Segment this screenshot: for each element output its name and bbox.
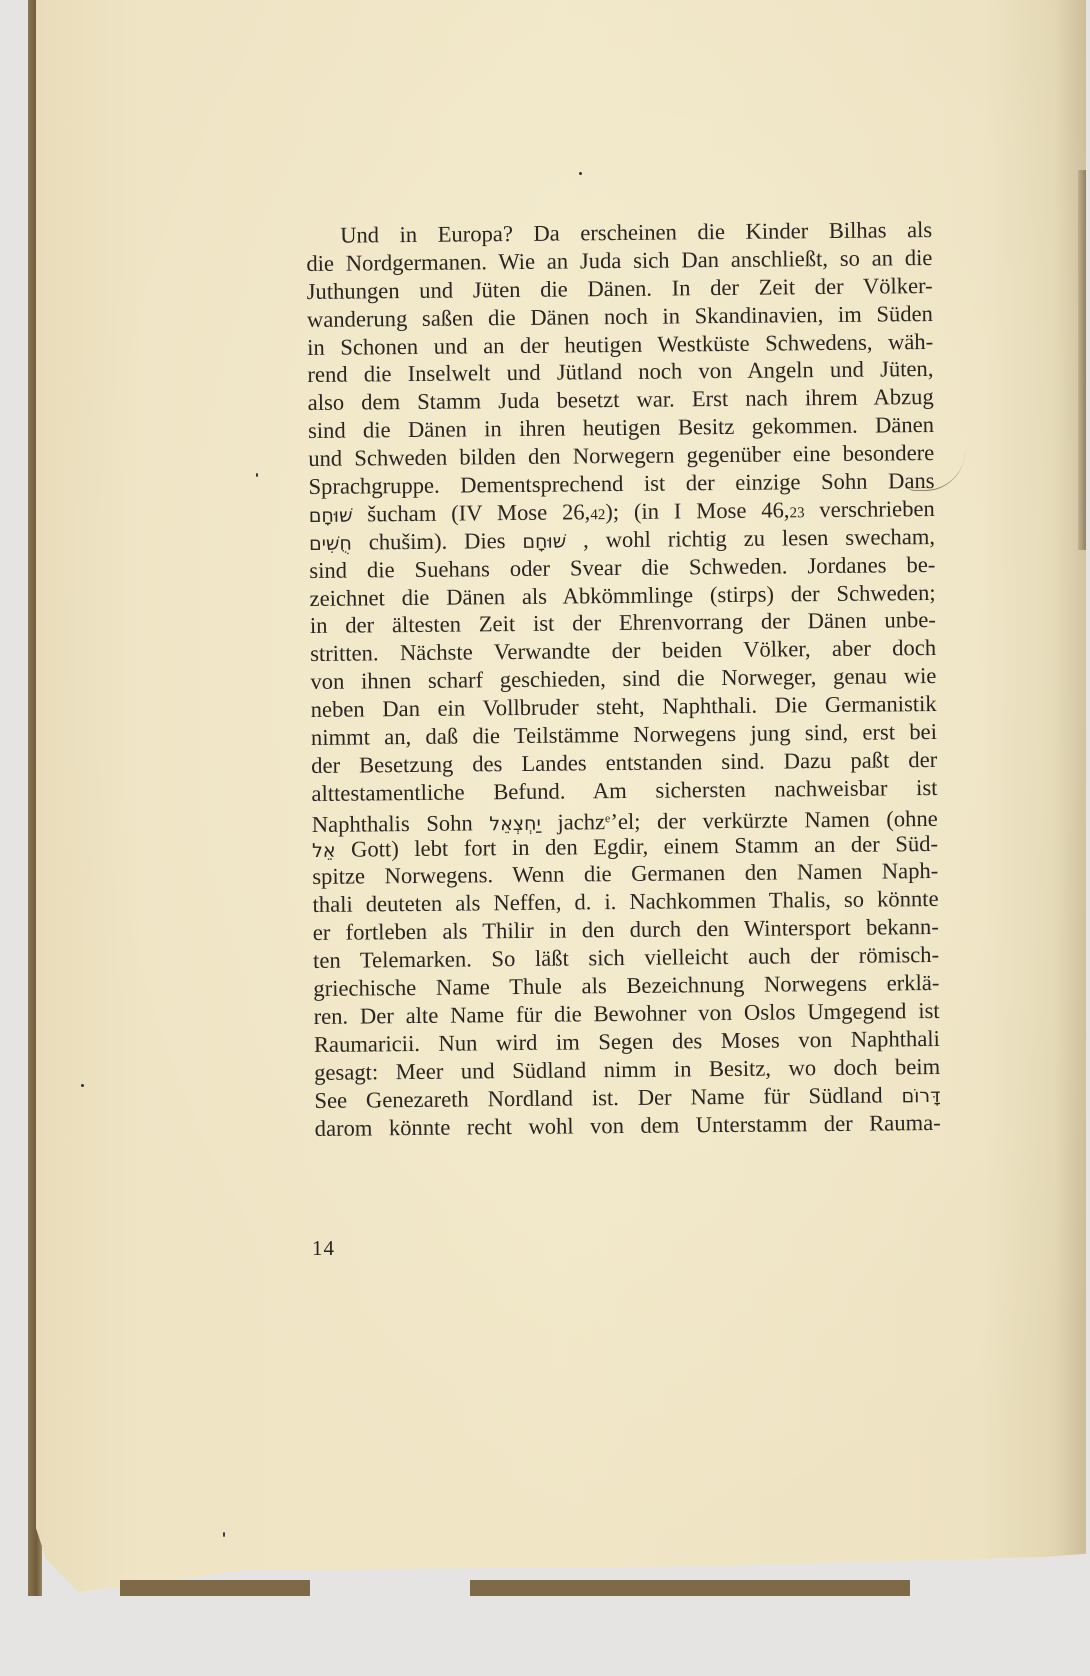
body-text: Und in Europa? Da erscheinen die Kinder … [306, 216, 941, 1142]
paper-speck [223, 1532, 225, 1537]
hebrew-word: אֵל [312, 839, 336, 861]
hebrew-word: שׁוּחָם [309, 504, 353, 526]
hebrew-word: שׁוּחָם [522, 530, 566, 552]
torn-page-edge [470, 1580, 910, 1596]
hebrew-word: דָּרוֹם [901, 1085, 940, 1107]
hebrew-word: יַחְצְאֵל [489, 812, 541, 834]
paper-speck [256, 473, 258, 477]
torn-page-edge [120, 1580, 310, 1596]
page-number: 14 [312, 1236, 335, 1261]
paper-speck [579, 172, 582, 175]
paper-speck [81, 1084, 84, 1087]
hebrew-word: חֻשִׁים [309, 532, 352, 554]
page-edge-shadow [1078, 170, 1086, 550]
